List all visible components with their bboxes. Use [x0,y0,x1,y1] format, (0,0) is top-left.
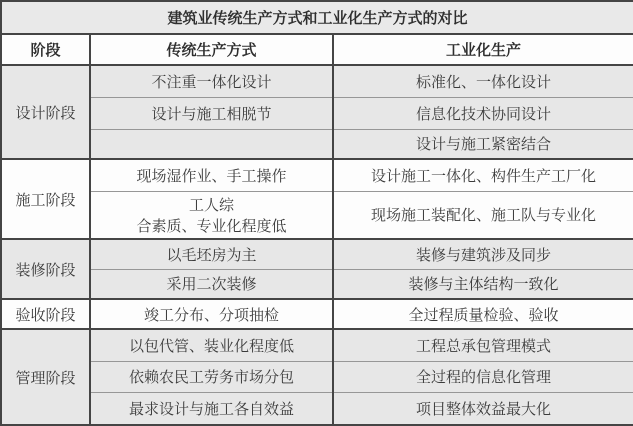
comparison-table: 建筑业传统生产方式和工业化生产方式的对比 阶段 传统生产方式 工业化生产 设计阶… [0,0,633,426]
stage-cell-design: 设计阶段 [1,65,90,159]
cell-industrial: 标准化、一体化设计 [333,65,633,97]
table-row: 设计与施工紧密结合 [1,129,633,159]
cell-industrial: 全过程的信息化管理 [333,361,633,392]
table-row: 依赖农民工劳务市场分包 全过程的信息化管理 [1,361,633,392]
cell-industrial: 工程总承包管理模式 [333,329,633,361]
cell-traditional: 工人综 合素质、专业化程度低 [90,191,333,239]
cell-traditional-empty [90,129,333,159]
cell-traditional: 采用二次装修 [90,269,333,299]
stage-cell-decoration: 装修阶段 [1,239,90,299]
table-row: 最求设计与施工各自效益 项目整体效益最大化 [1,392,633,425]
cell-industrial: 项目整体效益最大化 [333,392,633,425]
table-row: 采用二次装修 装修与主体结构一致化 [1,269,633,299]
column-header-traditional: 传统生产方式 [90,34,333,65]
column-header-industrial: 工业化生产 [333,34,633,65]
stage-cell-acceptance: 验收阶段 [1,299,90,329]
cell-industrial: 全过程质量检验、验收 [333,299,633,329]
cell-traditional: 以包代管、装业化程度低 [90,329,333,361]
table-row: 设计与施工相脱节 信息化技术协同设计 [1,97,633,129]
cell-traditional: 不注重一体化设计 [90,65,333,97]
cell-traditional: 以毛坯房为主 [90,239,333,269]
table-row: 施工阶段 现场湿作业、手工操作 设计施工一体化、构件生产工厂化 [1,159,633,191]
cell-industrial: 装修与主体结构一致化 [333,269,633,299]
cell-traditional: 设计与施工相脱节 [90,97,333,129]
cell-traditional: 现场湿作业、手工操作 [90,159,333,191]
column-header-stage: 阶段 [1,34,90,65]
cell-traditional: 依赖农民工劳务市场分包 [90,361,333,392]
cell-traditional: 竣工分布、分项抽检 [90,299,333,329]
table-row: 工人综 合素质、专业化程度低 现场施工装配化、施工队与专业化 [1,191,633,239]
cell-industrial: 现场施工装配化、施工队与专业化 [333,191,633,239]
stage-cell-construction: 施工阶段 [1,159,90,239]
cell-industrial: 信息化技术协同设计 [333,97,633,129]
table-row: 装修阶段 以毛坯房为主 装修与建筑涉及同步 [1,239,633,269]
table-row: 管理阶段 以包代管、装业化程度低 工程总承包管理模式 [1,329,633,361]
cell-traditional: 最求设计与施工各自效益 [90,392,333,425]
cell-industrial: 设计施工一体化、构件生产工厂化 [333,159,633,191]
table-title: 建筑业传统生产方式和工业化生产方式的对比 [1,1,633,34]
stage-cell-management: 管理阶段 [1,329,90,425]
table-row: 设计阶段 不注重一体化设计 标准化、一体化设计 [1,65,633,97]
table-row: 验收阶段 竣工分布、分项抽检 全过程质量检验、验收 [1,299,633,329]
cell-industrial: 装修与建筑涉及同步 [333,239,633,269]
cell-industrial: 设计与施工紧密结合 [333,129,633,159]
